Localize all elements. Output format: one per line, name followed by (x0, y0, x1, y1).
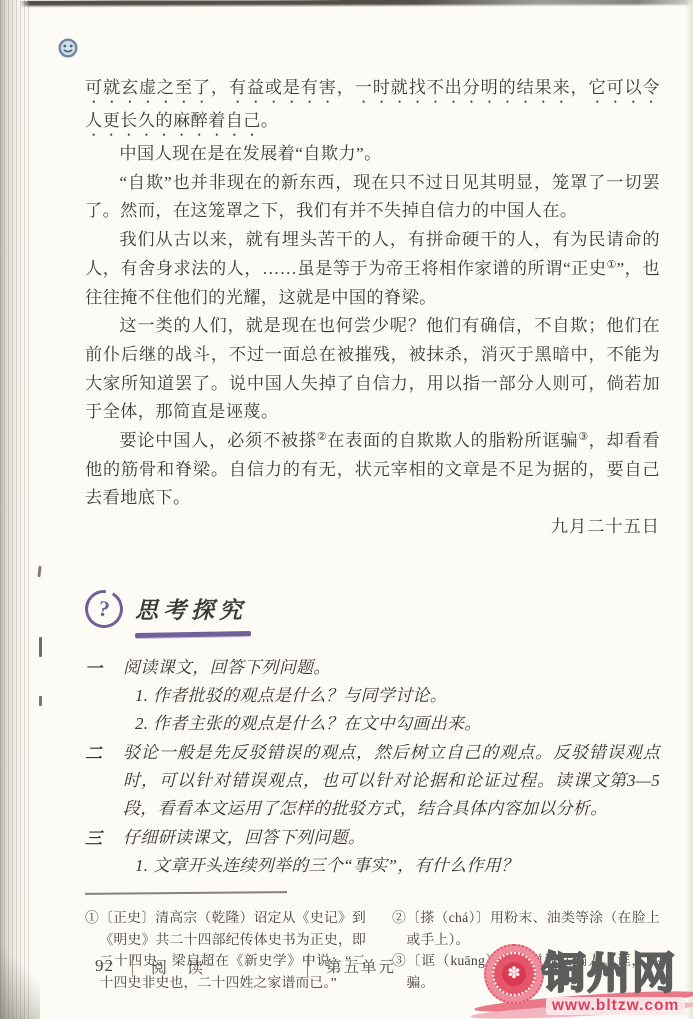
scan-corner-shadow (0, 929, 40, 1019)
watermark-site-name: 铜州网 (542, 940, 677, 1001)
question-text: 阅读课文，回答下列问题。 (123, 654, 660, 682)
question-mark-circle-icon: ? (85, 590, 123, 628)
question-subitem: 2. 作者主张的观点是什么？在文中勾画出来。 (123, 710, 660, 738)
question-item: 一阅读课文，回答下列问题。1. 作者批驳的观点是什么？与同学讨论。2. 作者主张… (85, 654, 660, 738)
page-number: 92 (85, 956, 114, 976)
scan-right-edge (685, 0, 693, 1019)
article-paragraph: 可就玄虚之至了，有益或是有害，一时就找不出分明的结果来，它可以令人更长久的麻醉着… (85, 74, 660, 140)
question-number: 二 (85, 739, 123, 823)
question-item: 二驳论一般是先反驳错误的观点，然后树立自己的观点。反驳错误观点时，可以针对错误观… (85, 739, 660, 823)
footnote-ref: ① (607, 259, 617, 271)
flower-glyph: ✽ (502, 962, 526, 986)
watermark-url: www.bltzw.com (546, 997, 685, 1015)
question-list: 一阅读课文，回答下列问题。1. 作者批驳的观点是什么？与同学讨论。2. 作者主张… (85, 654, 660, 880)
question-subitem: 1. 文章开头连续列举的三个“事实”，有什么作用？ (123, 852, 660, 880)
question-item: 三仔细研读课文，回答下列问题。1. 文章开头连续列举的三个“事实”，有什么作用？ (85, 824, 660, 880)
article-paragraph: 要论中国人，必须不被搽②在表面的自欺欺人的脂粉所诓骗③，却看看他的筋骨和脊梁。自… (85, 427, 660, 513)
question-subitem: 1. 作者批驳的观点是什么？与同学讨论。 (123, 682, 660, 710)
scan-artifact-mark (39, 637, 42, 657)
article-paragraph: 我们从古以来，就有埋头苦干的人，有拼命硬干的人，有为民请命的人，有舍身求法的人，… (85, 226, 660, 312)
question-body: 驳论一般是先反驳错误的观点，然后树立自己的观点。反驳错误观点时，可以针对错误观点… (123, 739, 660, 823)
seal-flower-icon: ✽ (484, 944, 544, 1004)
question-number: 三 (85, 824, 123, 880)
smiley-face-icon (58, 38, 78, 58)
section-header: ? 思考探究 (85, 588, 660, 646)
lesson-text: 可就玄虚之至了，有益或是有害，一时就找不出分明的结果来，它可以令人更长久的麻醉着… (85, 0, 660, 542)
scan-artifact-mark (37, 566, 41, 577)
book-binding-edge (0, 0, 30, 1019)
article-date: 九月二十五日 (85, 513, 660, 542)
question-body: 仔细研读课文，回答下列问题。1. 文章开头连续列举的三个“事实”，有什么作用？ (123, 824, 660, 880)
footnote-ref: ② (317, 431, 327, 443)
title-underline (135, 631, 251, 638)
scan-artifact-mark (39, 696, 42, 706)
section-title: 思考探究 (135, 592, 251, 625)
footnote-ref: ③ (578, 431, 588, 443)
footnote-item: ①〔正史〕清高宗（乾隆）诏定从《史记》到《明史》共二十四部纪传体史书为正史，即二… (85, 907, 366, 994)
footer-divider (132, 955, 133, 977)
textbook-page: 可就玄虚之至了，有益或是有害，一时就找不出分明的结果来，它可以令人更长久的麻醉着… (0, 0, 693, 1019)
article-paragraph: “自欺”也并非现在的新东西，现在只不过日见其明显，笼罩了一切罢了。然而，在这笼罩… (85, 169, 660, 226)
footer-divider (307, 955, 308, 977)
article-paragraph: 这一类的人们，就是现在也何尝少呢？他们有确信，不自欺；他们在前仆后继的战斗，不过… (85, 312, 660, 427)
footer-unit-label: 第五单元 (326, 955, 396, 977)
question-number: 一 (85, 654, 123, 738)
footnote-separator (85, 891, 287, 895)
article-paragraph: 中国人现在是在发展着“自欺力”。 (85, 140, 660, 169)
question-body: 阅读课文，回答下列问题。1. 作者批驳的观点是什么？与同学讨论。2. 作者主张的… (123, 654, 660, 738)
question-text: 驳论一般是先反驳错误的观点，然后树立自己的观点。反驳错误观点时，可以针对错误观点… (123, 739, 660, 823)
think-explore-section: ? 思考探究 一阅读课文，回答下列问题。1. 作者批驳的观点是什么？与同学讨论。… (85, 588, 660, 880)
footer-section-label: 阅 读 (151, 955, 211, 978)
footnotes-left: ①〔正史〕清高宗（乾隆）诏定从《史记》到《明史》共二十四部纪传体史书为正史，即二… (85, 907, 366, 994)
site-watermark: ✽ 铜州网 www.bltzw.com (478, 944, 692, 1018)
question-text: 仔细研读课文，回答下列问题。 (123, 824, 660, 852)
article-paragraphs: 可就玄虚之至了，有益或是有害，一时就找不出分明的结果来，它可以令人更长久的麻醉着… (85, 74, 660, 513)
